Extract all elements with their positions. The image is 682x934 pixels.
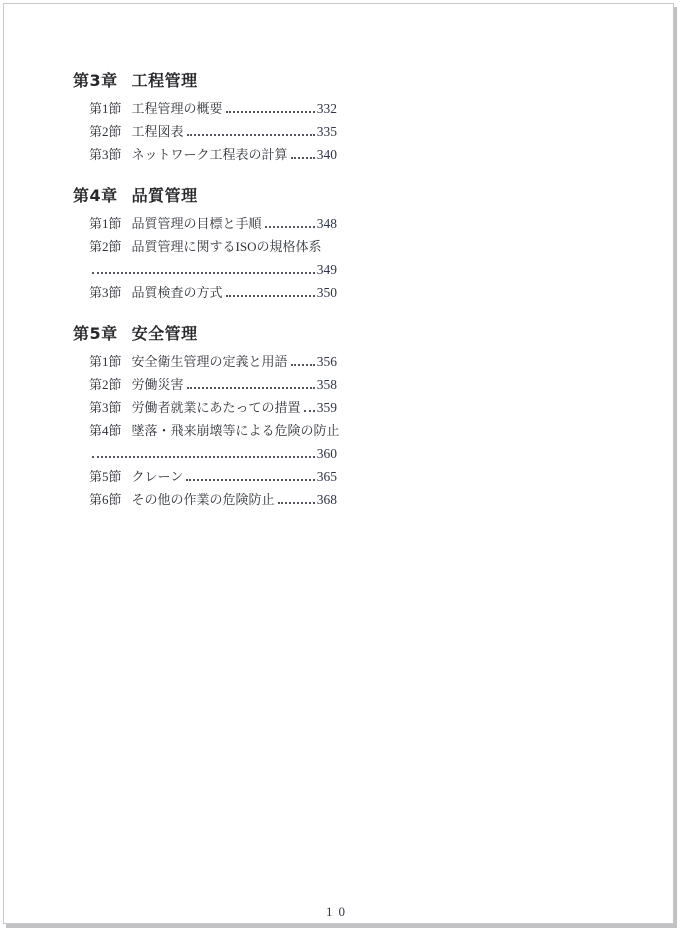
dot-leader [304, 410, 315, 412]
dot-leader [92, 272, 315, 274]
section-title: 工程管理の概要 [132, 97, 223, 120]
document-page-sheet: 第3章工程管理 第1節 工程管理の概要 332 第2節 工程図表 335 第3節… [3, 3, 674, 924]
section-label: 第2節 [89, 235, 122, 258]
dot-leader [226, 111, 315, 113]
toc-entry[interactable]: 第3節 品質検査の方式 350 [73, 281, 337, 304]
section-label: 第2節 [89, 120, 122, 143]
chapter-block-3: 第3章工程管理 第1節 工程管理の概要 332 第2節 工程図表 335 第3節… [73, 71, 337, 166]
toc-entry[interactable]: 第1節 工程管理の概要 332 [73, 97, 337, 120]
chapter-block-5: 第5章安全管理 第1節 安全衛生管理の定義と用語 356 第2節 労働災害 35… [73, 324, 337, 511]
dot-leader [187, 134, 315, 136]
chapter-heading: 第3章工程管理 [73, 71, 337, 91]
toc-entry[interactable]: 第6節 その他の作業の危険防止 368 [73, 488, 337, 511]
dot-leader [291, 364, 315, 366]
toc-entry[interactable]: 第4節 墜落・飛来崩壊等による危険の防止 [73, 419, 337, 442]
section-label: 第2節 [89, 373, 122, 396]
toc-entry[interactable]: 第1節 安全衛生管理の定義と用語 356 [73, 350, 337, 373]
toc-entry[interactable]: 第3節 ネットワーク工程表の計算 340 [73, 143, 337, 166]
toc-entry[interactable]: 第3節 労働者就業にあたっての措置 359 [73, 396, 337, 419]
section-title: 品質管理に関するISOの規格体系 [132, 235, 322, 258]
section-label: 第1節 [89, 97, 122, 120]
dot-leader [92, 456, 315, 458]
dot-leader [291, 157, 315, 159]
section-page-number: 358 [317, 373, 337, 396]
section-label: 第3節 [89, 281, 122, 304]
section-label: 第4節 [89, 419, 122, 442]
toc-entry-continuation[interactable]: 360 [73, 442, 337, 465]
section-label: 第6節 [89, 488, 122, 511]
section-page-number: 368 [317, 488, 337, 511]
chapter-block-4: 第4章品質管理 第1節 品質管理の目標と手順 348 第2節 品質管理に関するI… [73, 186, 337, 304]
chapter-name: 品質管理 [132, 186, 198, 205]
toc-entry[interactable]: 第2節 品質管理に関するISOの規格体系 [73, 235, 337, 258]
section-page-number: 332 [317, 97, 337, 120]
toc-entry[interactable]: 第1節 品質管理の目標と手順 348 [73, 212, 337, 235]
section-title: 労働災害 [132, 373, 184, 396]
section-page-number: 365 [317, 465, 337, 488]
dot-leader [265, 226, 315, 228]
chapter-name: 安全管理 [132, 324, 198, 343]
toc-entry[interactable]: 第5節 クレーン 365 [73, 465, 337, 488]
section-page-number: 350 [317, 281, 337, 304]
section-title: 工程図表 [132, 120, 184, 143]
dot-leader [186, 479, 314, 481]
section-title: クレーン [132, 465, 184, 488]
section-title: 品質検査の方式 [132, 281, 223, 304]
chapter-name: 工程管理 [132, 71, 198, 90]
chapter-label: 第5章 [73, 324, 118, 343]
section-page-number: 348 [317, 212, 337, 235]
section-page-number: 356 [317, 350, 337, 373]
chapter-label: 第4章 [73, 186, 118, 205]
section-title: その他の作業の危険防止 [132, 488, 275, 511]
section-title: 労働者就業にあたっての措置 [132, 396, 301, 419]
section-title: 品質管理の目標と手順 [132, 212, 262, 235]
section-page-number: 340 [317, 143, 337, 166]
section-label: 第1節 [89, 350, 122, 373]
section-label: 第3節 [89, 396, 122, 419]
chapter-heading: 第4章品質管理 [73, 186, 337, 206]
section-title: ネットワーク工程表の計算 [132, 143, 288, 166]
section-title: 墜落・飛来崩壊等による危険の防止 [132, 419, 340, 442]
chapter-heading: 第5章安全管理 [73, 324, 337, 344]
section-label: 第1節 [89, 212, 122, 235]
table-of-contents: 第3章工程管理 第1節 工程管理の概要 332 第2節 工程図表 335 第3節… [73, 71, 337, 511]
dot-leader [278, 502, 315, 504]
toc-entry-continuation[interactable]: 349 [73, 258, 337, 281]
toc-entry[interactable]: 第2節 労働災害 358 [73, 373, 337, 396]
dot-leader [226, 295, 315, 297]
section-page-number: 349 [317, 258, 337, 281]
section-page-number: 335 [317, 120, 337, 143]
page-footer-number: 10 [4, 904, 673, 920]
section-page-number: 359 [317, 396, 337, 419]
section-title: 安全衛生管理の定義と用語 [132, 350, 288, 373]
toc-entry[interactable]: 第2節 工程図表 335 [73, 120, 337, 143]
chapter-label: 第3章 [73, 71, 118, 90]
section-page-number: 360 [317, 442, 337, 465]
section-label: 第3節 [89, 143, 122, 166]
dot-leader [187, 387, 315, 389]
section-label: 第5節 [89, 465, 122, 488]
